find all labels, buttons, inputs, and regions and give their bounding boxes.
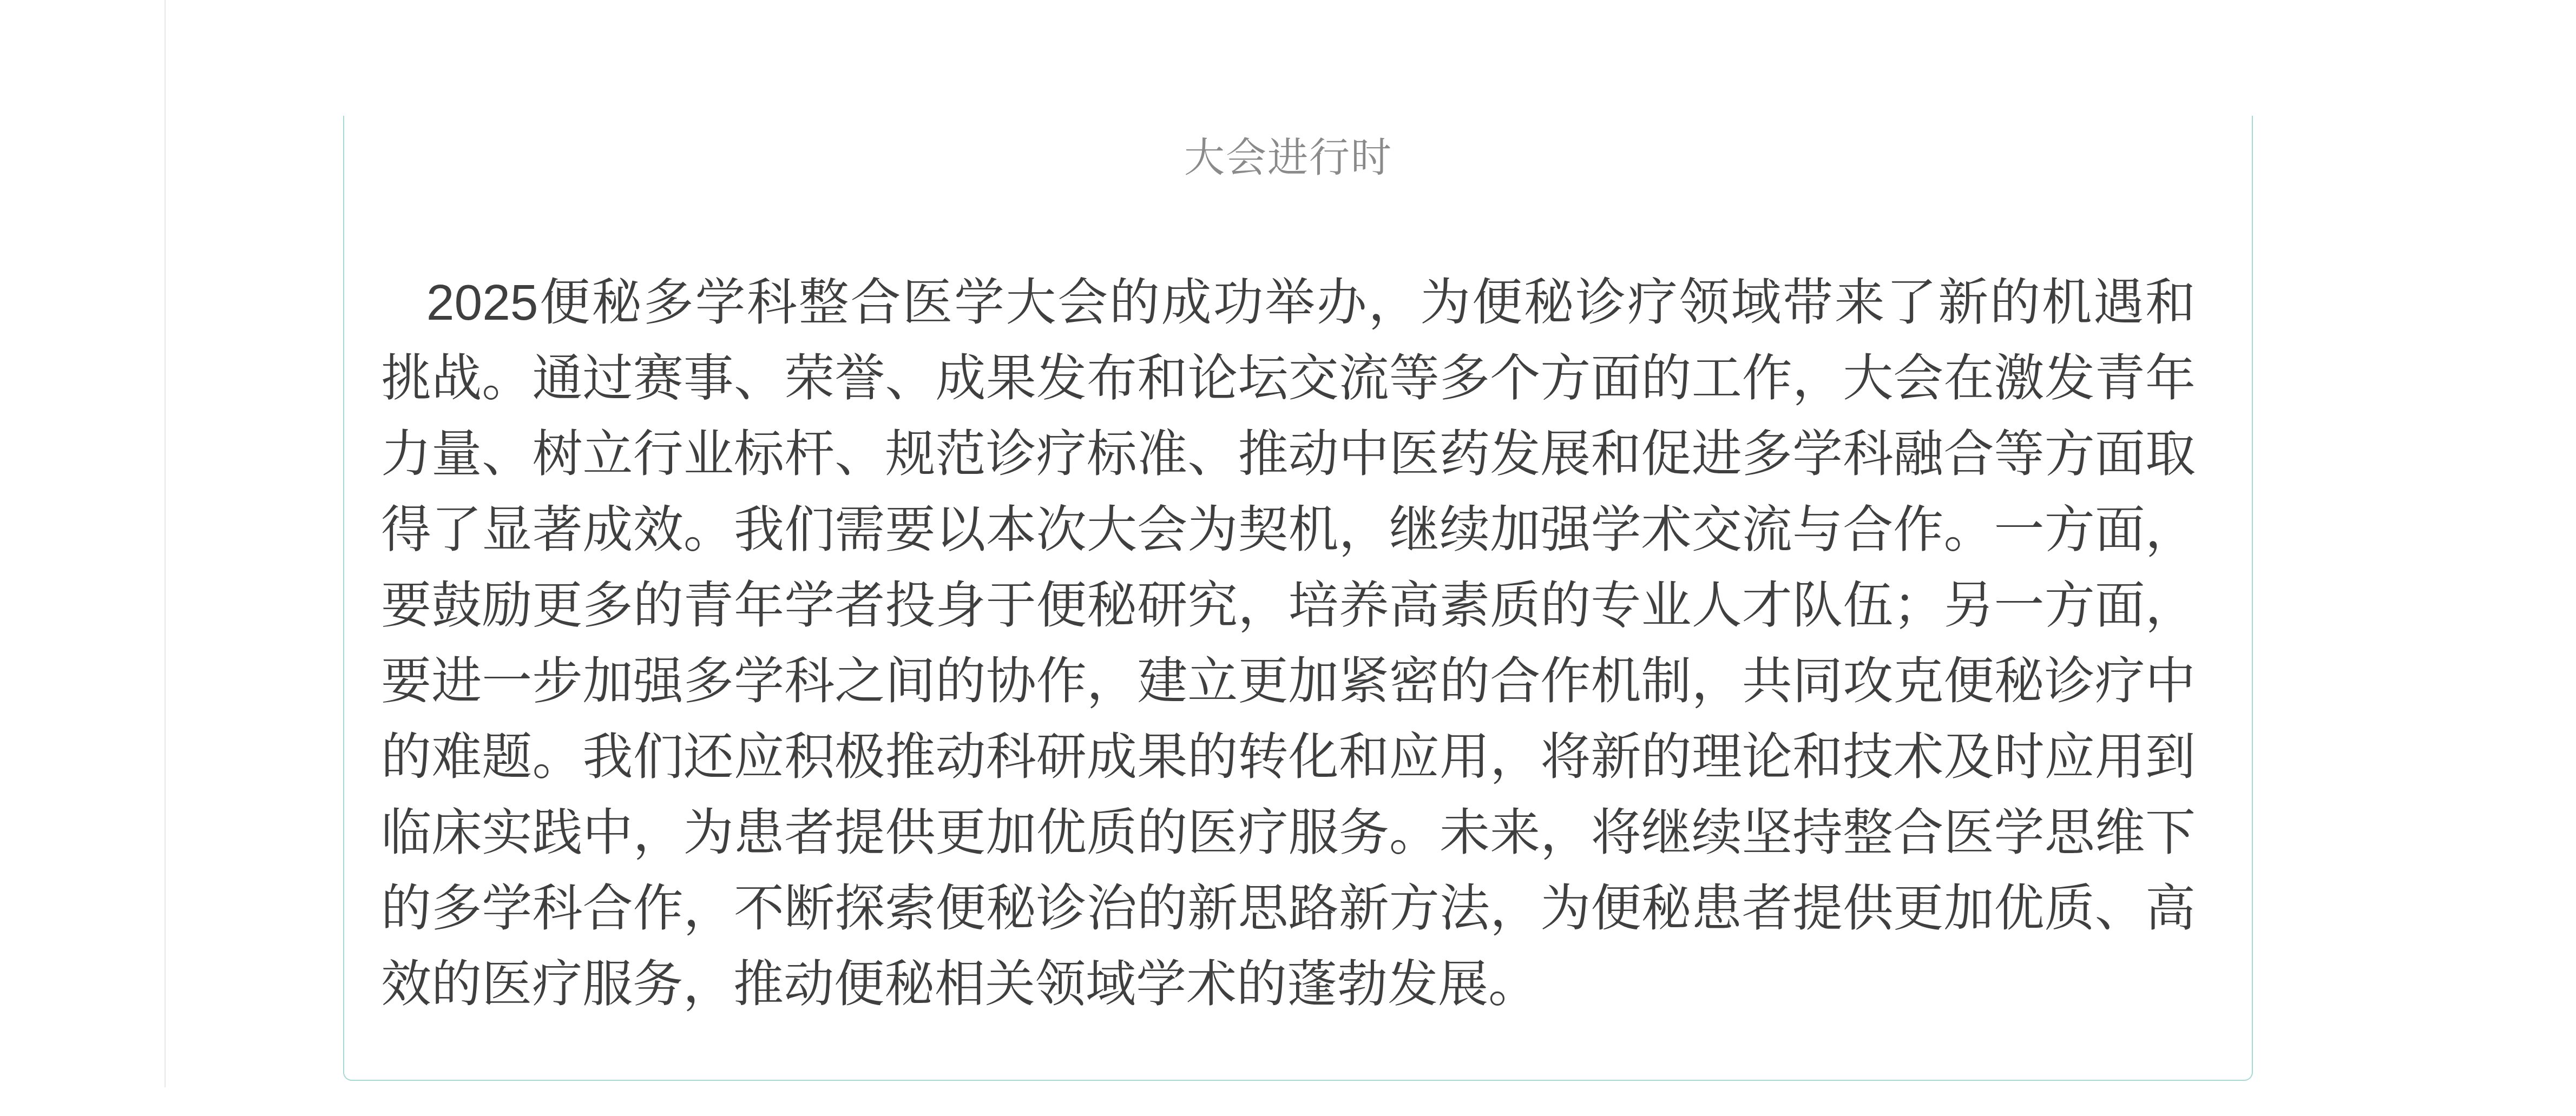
section-title: 大会进行时	[381, 137, 2196, 178]
content-card: 大会进行时 2025便秘多学科整合医学大会的成功举办，为便秘诊疗领域带来了新的机…	[343, 116, 2253, 1081]
article-paragraph: 2025便秘多学科整合医学大会的成功举办，为便秘诊疗领域带来了新的机遇和挑战。通…	[381, 265, 2196, 1022]
left-divider-line	[165, 0, 166, 1087]
article-page: 大会进行时 2025便秘多学科整合医学大会的成功举办，为便秘诊疗领域带来了新的机…	[0, 0, 2576, 1116]
